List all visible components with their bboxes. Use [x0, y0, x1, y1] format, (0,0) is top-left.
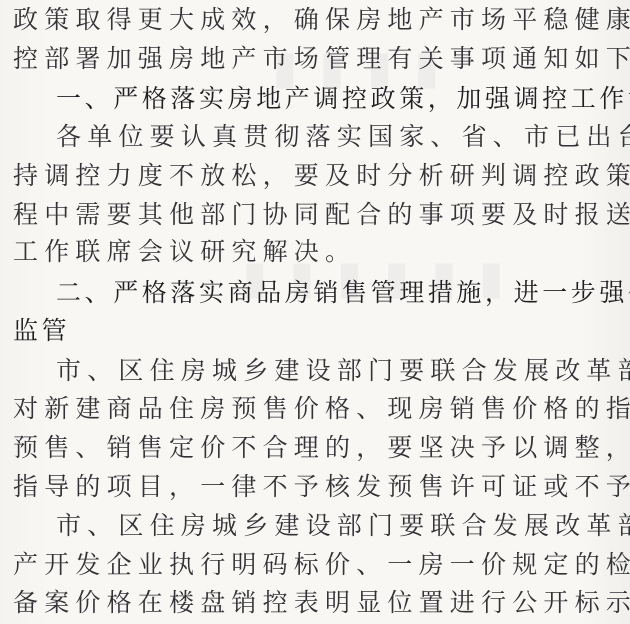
document-line: 对新建商品住房预售价格、现房销售价格的指导，对房地产项目 [13, 389, 630, 428]
section-heading-1: 一、严格落实房地产调控政策，加强调控工作协同联动 [56, 79, 630, 118]
document-line: 产开发企业执行明码标价、一房一价规定的检查指导力度，要求 [13, 545, 630, 584]
document-line: 预售、销售定价不合理的，要坚决予以调整，对不接受政府价格 [13, 428, 630, 467]
document-line: 指导的项目，一律不予核发预售许可证或不予办理交易网签备案。 [13, 467, 630, 506]
scanned-document-page: ▮▮▮▮ ▮▮▮▮▮▮ 政策取得更大成效，确保房地产市场平稳健康发展。现就落实调… [0, 0, 630, 624]
section-heading-2: 二、严格落实商品房销售管理措施，进一步强化商品房价格 [56, 273, 630, 312]
document-line: 控部署加强房地产市场管理有关事项通知如下： [13, 39, 630, 78]
document-line: 备案价格在楼盘销控表明显位置进行公开标示，销售价格不得高 [13, 583, 630, 622]
section-heading-2-continued: 监管 [13, 311, 70, 350]
document-line: 市、区住房城乡建设部门要联合发展改革部门，加大对房地 [56, 506, 630, 545]
document-line: 各单位要认真贯彻落实国家、省、市已出台的调控政策，保 [56, 117, 630, 156]
document-line: 持调控力度不放松，要及时分析研判调控政策实施效果，执行过 [13, 156, 630, 195]
document-line: 程中需要其他部门协同配合的事项要及时报送市房地产市场管理 [13, 195, 630, 234]
document-line: 工作联席会议研究解决。 [13, 232, 356, 271]
document-line: 政策取得更大成效，确保房地产市场平稳健康发展。现就落实调 [13, 0, 630, 39]
document-line: 市、区住房城乡建设部门要联合发展改革部门，进一步强化 [56, 351, 630, 390]
